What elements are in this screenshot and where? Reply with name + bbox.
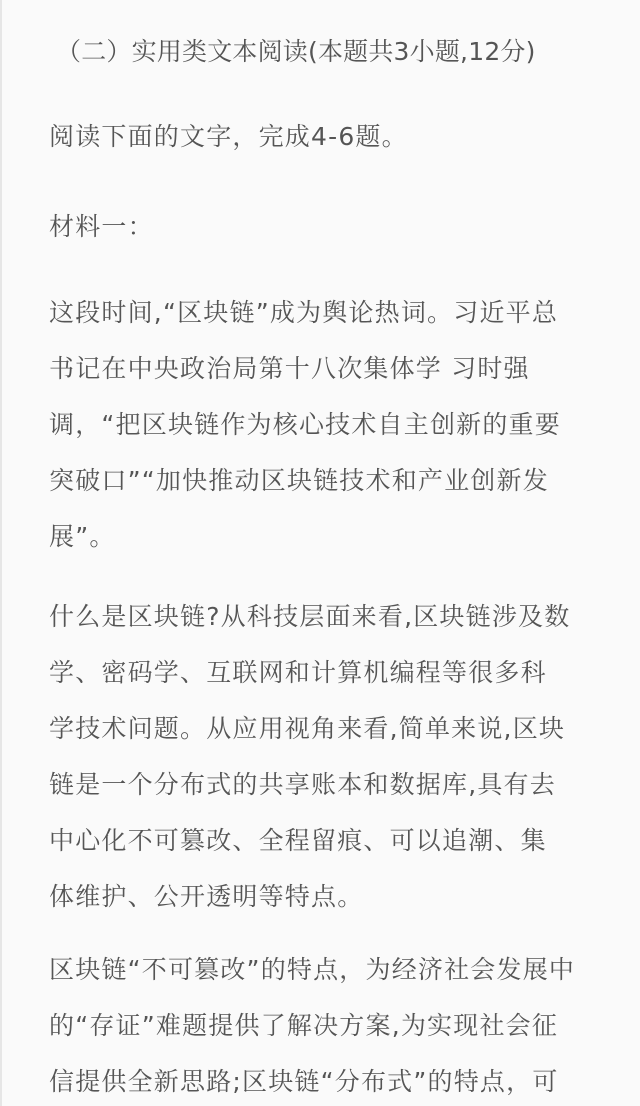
instruction-text: 阅读下面的文字，完成4-6题。 — [49, 119, 594, 155]
paragraph-line: 区块链“不可篡改”的特点，为经济社会发展中 — [49, 942, 594, 998]
paragraph-line: 学技术问题。从应用视角来看,简单来说,区块 — [49, 701, 594, 757]
paragraph-line: 信提供全新思路;区块链“分布式”的特点，可 — [49, 1054, 594, 1106]
paragraph-line: 调，“把区块链作为核心技术自主创新的重要 — [49, 397, 594, 453]
paragraph-line: 这段时间,“区块链”成为舆论热词。习近平总 — [49, 285, 594, 341]
paragraph-line: 的“存证”难题提供了解决方案,为实现社会征 — [49, 998, 594, 1054]
paragraph-line: 什么是区块链?从科技层面来看,区块链涉及数 — [49, 589, 594, 645]
paragraph-line: 学、密码学、互联网和计算机编程等很多科 — [49, 645, 594, 701]
paragraph-1: 这段时间,“区块链”成为舆论热词。习近平总 书记在中央政治局第十八次集体学 习时… — [49, 285, 594, 565]
section-title: （二）实用类文本阅读(本题共3小题,12分) — [56, 34, 536, 70]
paragraph-line: 书记在中央政治局第十八次集体学 习时强 — [49, 341, 594, 397]
paragraph-3: 区块链“不可篡改”的特点，为经济社会发展中 的“存证”难题提供了解决方案,为实现… — [49, 942, 594, 1106]
paragraph-line: 中心化不可篡改、全程留痕、可以追潮、集 — [49, 813, 594, 869]
material-label: 材料一： — [49, 209, 594, 245]
paragraph-line: 突破口”“加快推动区块链技术和产业创新发 — [49, 453, 594, 509]
paragraph-line: 体维护、公开透明等特点。 — [49, 869, 594, 925]
paragraph-2: 什么是区块链?从科技层面来看,区块链涉及数 学、密码学、互联网和计算机编程等很多… — [49, 589, 594, 925]
paragraph-line: 展”。 — [49, 509, 594, 565]
paragraph-line: 链是一个分布式的共享账本和数据库,具有去 — [49, 757, 594, 813]
page-left-border — [0, 0, 2, 1106]
